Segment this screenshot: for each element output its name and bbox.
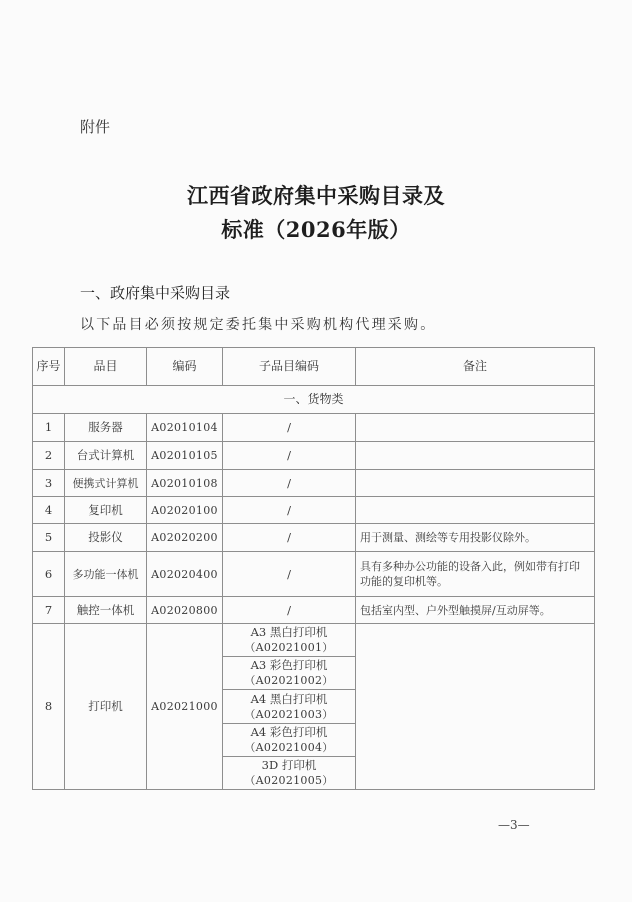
row-3-code: A02010108	[146, 469, 223, 497]
sub-item-name: A3 彩色打印机	[251, 658, 328, 673]
sub-item-code: （A02021005）	[244, 773, 333, 788]
row-4-item: 复印机	[64, 496, 147, 524]
intro-text: 以下品目必须按规定委托集中采购机构代理采购。	[80, 314, 436, 334]
row-4-sub-code: /	[222, 496, 356, 524]
header-cell-note: 备注	[355, 347, 595, 386]
row-2-item: 台式计算机	[64, 441, 147, 470]
row-8-no: 8	[32, 623, 65, 790]
sub-item-name: A4 彩色打印机	[251, 725, 328, 740]
row-3-item: 便携式计算机	[64, 469, 147, 497]
row-5-code: A02020200	[146, 523, 223, 552]
row-7-note: 包括室内型、户外型触摸屏/互动屏等。	[355, 596, 595, 624]
sub-item-name: 3D 打印机	[262, 758, 317, 773]
row-1-sub-code: /	[222, 413, 356, 442]
sub-item-code: （A02021001）	[244, 640, 333, 655]
row-2-sub-code: /	[222, 441, 356, 470]
row-2-no: 2	[32, 441, 65, 470]
row-6-no: 6	[32, 551, 65, 597]
row-5-sub-code: /	[222, 523, 356, 552]
document-title-line2: 标准（2026年版）	[0, 214, 632, 244]
row-2-code: A02010105	[146, 441, 223, 470]
row-3-note	[355, 469, 595, 497]
row-8-note	[355, 623, 595, 790]
row-6-code: A02020400	[146, 551, 223, 597]
row-8-code: A02021000	[146, 623, 223, 790]
row-1-no: 1	[32, 413, 65, 442]
attachment-label: 附件	[80, 116, 110, 137]
sub-item-a3-mono-printer: A3 黑白打印机 （A02021001）	[222, 623, 356, 657]
row-7-no: 7	[32, 596, 65, 624]
row-5-item: 投影仪	[64, 523, 147, 552]
sub-item-name: A3 黑白打印机	[251, 625, 328, 640]
row-7-item: 触控一体机	[64, 596, 147, 624]
procurement-catalog-table: 序号 品目 编码 子品目编码 备注 一、货物类 1 服务器 A02010104 …	[32, 347, 595, 790]
sub-item-name: A4 黑白打印机	[251, 692, 328, 707]
row-4-note	[355, 496, 595, 524]
sub-item-3d-printer: 3D 打印机 （A02021005）	[222, 756, 356, 790]
document-title-line1: 江西省政府集中采购目录及	[0, 180, 632, 210]
sub-item-a4-color-printer: A4 彩色打印机 （A02021004）	[222, 723, 356, 757]
row-1-item: 服务器	[64, 413, 147, 442]
row-3-sub-code: /	[222, 469, 356, 497]
header-cell-no: 序号	[32, 347, 65, 386]
section-heading: 一、政府集中采购目录	[80, 282, 230, 303]
row-1-code: A02010104	[146, 413, 223, 442]
category-row-goods: 一、货物类	[32, 385, 595, 414]
sub-item-code: （A02021003）	[244, 707, 333, 722]
header-cell-sub-code: 子品目编码	[222, 347, 356, 386]
row-4-code: A02020100	[146, 496, 223, 524]
row-1-note	[355, 413, 595, 442]
page-number: —3—	[498, 818, 530, 832]
row-6-note: 具有多种办公功能的设备入此，例如带有打印功能的复印机等。	[355, 551, 595, 597]
row-4-no: 4	[32, 496, 65, 524]
row-3-no: 3	[32, 469, 65, 497]
row-7-sub-code: /	[222, 596, 356, 624]
row-6-sub-code: /	[222, 551, 356, 597]
sub-item-a3-color-printer: A3 彩色打印机 （A02021002）	[222, 656, 356, 690]
row-5-no: 5	[32, 523, 65, 552]
sub-item-a4-mono-printer: A4 黑白打印机 （A02021003）	[222, 689, 356, 724]
row-6-item: 多功能一体机	[64, 551, 147, 597]
header-cell-code: 编码	[146, 347, 223, 386]
row-5-note: 用于测量、测绘等专用投影仪除外。	[355, 523, 595, 552]
row-8-item: 打印机	[64, 623, 147, 790]
row-2-note	[355, 441, 595, 470]
header-cell-item: 品目	[64, 347, 147, 386]
row-7-code: A02020800	[146, 596, 223, 624]
sub-item-code: （A02021004）	[244, 740, 333, 755]
sub-item-code: （A02021002）	[244, 673, 333, 688]
